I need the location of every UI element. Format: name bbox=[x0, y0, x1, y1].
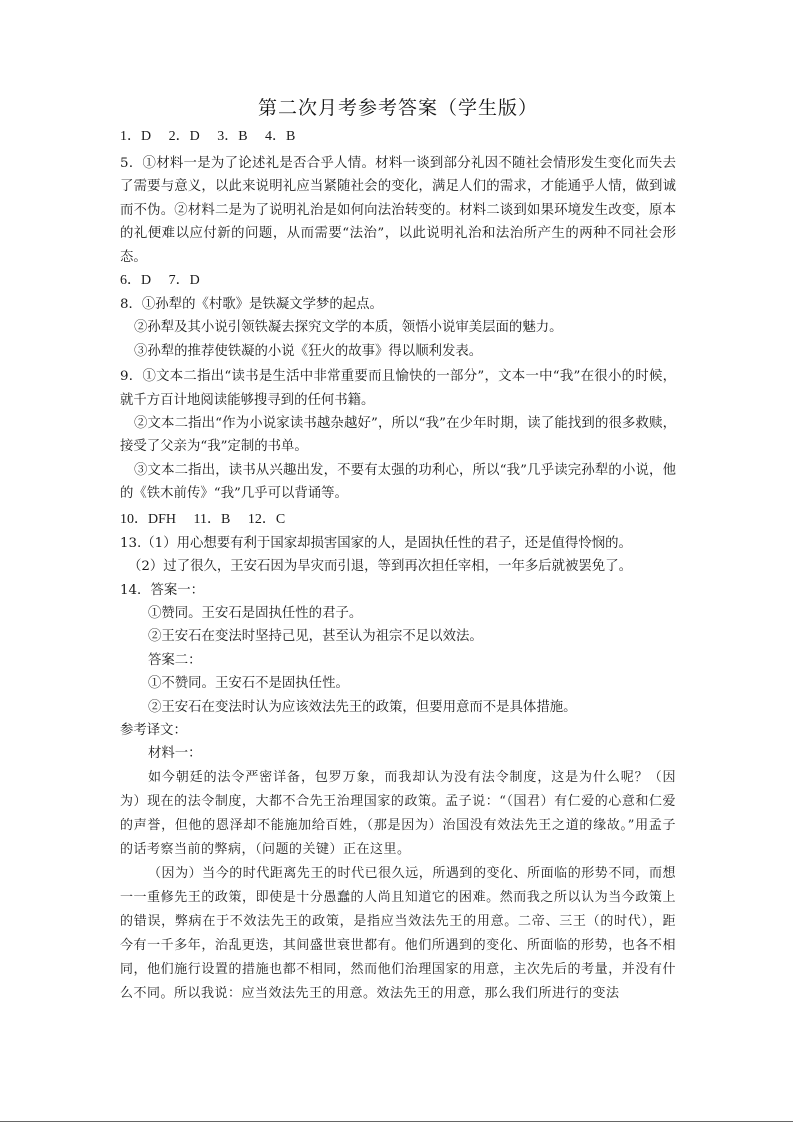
answer-sheet-page: 第二次月考参考答案（学生版） 1．D 2．D 3．B 4．B 5．①材料一是为了… bbox=[120, 95, 676, 1006]
answers-q10-12: 10．DFH 11．B 12．C bbox=[120, 508, 676, 532]
q8-item-3: ③孙犁的推荐使铁凝的小说《狂火的故事》得以顺利发表。 bbox=[120, 340, 676, 363]
q13-item-1: 13.（1）用心想要有利于国家却损害国家的人，是固执任性的君子，还是值得怜悯的。 bbox=[120, 532, 676, 555]
answer-q5: 5．①材料一是为了论述礼是否合乎人情。材料一谈到部分礼因不随社会情形发生变化而失… bbox=[120, 152, 676, 269]
material-label: 材料一： bbox=[120, 742, 676, 765]
translation-paragraph-1: 如今朝廷的法令严密详备，包罗万象，而我却认为没有法令制度，这是为什么呢？（因为）… bbox=[120, 766, 676, 862]
answer-q9: 9．①文本二指出“读书是生活中非常重要而且愉快的一部分”，文本一中“我”在很小的… bbox=[120, 365, 676, 505]
q14-answer2-label: 答案二： bbox=[120, 649, 676, 672]
q14-answer1-item-2: ②王安石在变法时坚持己见，甚至认为祖宗不足以效法。 bbox=[120, 625, 676, 648]
q9-item-2: ②文本二指出“作为小说家读书越杂越好”，所以“我”在少年时期，读了能找到的很多救… bbox=[120, 412, 676, 459]
q13-item-2: （2）过了很久，王安石因为旱灾而引退，等到再次担任宰相，一年多后就被罢免了。 bbox=[120, 555, 676, 578]
q14-label: 14．答案一： bbox=[120, 579, 676, 602]
answers-q1-4: 1．D 2．D 3．B 4．B bbox=[120, 125, 676, 149]
q9-item-3: ③文本二指出，读书从兴趣出发，不要有太强的功利心，所以“我”几乎读完孙犁的小说，… bbox=[120, 459, 676, 506]
reference-translation: 参考译文： 材料一： 如今朝廷的法令严密详备，包罗万象，而我却认为没有法令制度，… bbox=[120, 719, 676, 1006]
translation-heading: 参考译文： bbox=[120, 719, 676, 742]
q14-answer1-item-1: ①赞同。王安石是固执任性的君子。 bbox=[120, 602, 676, 625]
q8-item-1: 8．①孙犁的《村歌》是铁凝文学梦的起点。 bbox=[120, 293, 676, 316]
q9-item-1: 9．①文本二指出“读书是生活中非常重要而且愉快的一部分”，文本一中“我”在很小的… bbox=[120, 365, 676, 412]
answer-q8: 8．①孙犁的《村歌》是铁凝文学梦的起点。 ②孙犁及其小说引领铁凝去探究文学的本质… bbox=[120, 293, 676, 363]
q8-item-2: ②孙犁及其小说引领铁凝去探究文学的本质，领悟小说审美层面的魅力。 bbox=[120, 316, 676, 339]
q14-answer2-item-2: ②王安石在变法时认为应该效法先王的政策，但要用意而不是具体措施。 bbox=[120, 696, 676, 719]
q14-answer2-item-1: ①不赞同。王安石不是固执任性。 bbox=[120, 672, 676, 695]
answer-q14: 14．答案一： ①赞同。王安石是固执任性的君子。 ②王安石在变法时坚持己见，甚至… bbox=[120, 579, 676, 719]
translation-paragraph-2: （因为）当今的时代距离先王的时代已很久远，所遇到的变化、所面临的形势不同，而想一… bbox=[120, 862, 676, 1006]
answer-q13: 13.（1）用心想要有利于国家却损害国家的人，是固执任性的君子，还是值得怜悯的。… bbox=[120, 532, 676, 579]
answers-q6-7: 6．D 7．D bbox=[120, 269, 676, 293]
page-title: 第二次月考参考答案（学生版） bbox=[120, 95, 676, 121]
